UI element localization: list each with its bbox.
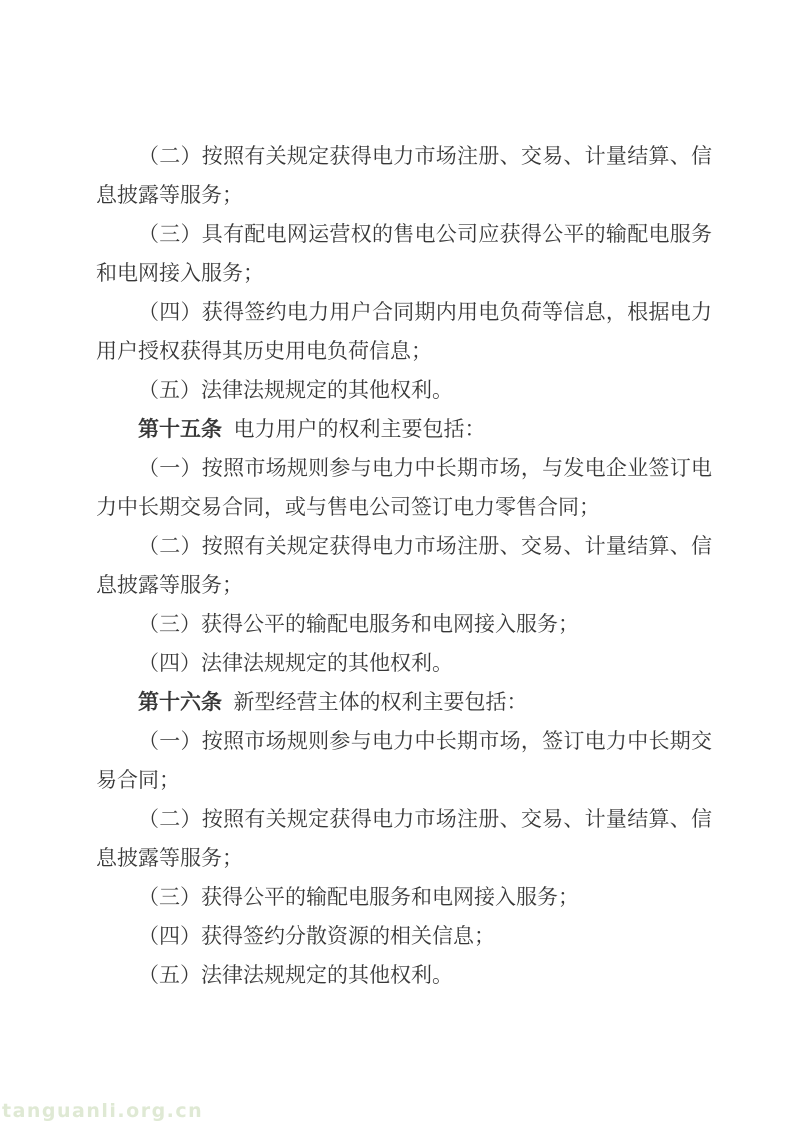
paragraph-text: （五）法律法规规定的其他权利。 — [138, 378, 453, 402]
paragraph-clause-1: （一）按照市场规则参与电力中长期市场，签订电力中长期交易合同； — [96, 722, 712, 800]
paragraph-text: 电力用户的权利主要包括： — [234, 417, 486, 441]
paragraph-text: （一）按照市场规则参与电力中长期市场，与发电企业签订电力中长期交易合同，或与售电… — [96, 456, 712, 519]
paragraph-clause-4: （四）获得签约分散资源的相关信息； — [96, 917, 712, 956]
paragraph-text: （三）具有配电网运营权的售电公司应获得公平的输配电服务和电网接入服务； — [96, 222, 712, 285]
paragraph-clause-2: （二）按照有关规定获得电力市场注册、交易、计量结算、信息披露等服务； — [96, 800, 712, 878]
document-page: （二）按照有关规定获得电力市场注册、交易、计量结算、信息披露等服务； （三）具有… — [0, 0, 794, 1123]
paragraph-clause-4: （四）法律法规规定的其他权利。 — [96, 644, 712, 683]
paragraph-clause-3: （三）获得公平的输配电服务和电网接入服务； — [96, 878, 712, 917]
paragraph-clause-1: （一）按照市场规则参与电力中长期市场，与发电企业签订电力中长期交易合同，或与售电… — [96, 449, 712, 527]
paragraph-text: （二）按照有关规定获得电力市场注册、交易、计量结算、信息披露等服务； — [96, 807, 712, 870]
paragraph-clause-3: （三）获得公平的输配电服务和电网接入服务； — [96, 605, 712, 644]
paragraph-clause-2: （二）按照有关规定获得电力市场注册、交易、计量结算、信息披露等服务； — [96, 137, 712, 215]
paragraph-article-16: 第十六条新型经营主体的权利主要包括： — [96, 683, 712, 722]
paragraph-text: （四）获得签约电力用户合同期内用电负荷等信息，根据电力用户授权获得其历史用电负荷… — [96, 300, 712, 363]
paragraph-clause-3: （三）具有配电网运营权的售电公司应获得公平的输配电服务和电网接入服务； — [96, 215, 712, 293]
article-number: 第十五条 — [138, 417, 222, 441]
paragraph-text: 新型经营主体的权利主要包括： — [234, 690, 528, 714]
article-number: 第十六条 — [138, 690, 222, 714]
paragraph-text: （三）获得公平的输配电服务和电网接入服务； — [138, 885, 579, 909]
paragraph-text: （四）法律法规规定的其他权利。 — [138, 651, 453, 675]
watermark-text: tanguanli.org.cn — [2, 1102, 203, 1121]
paragraph-clause-2: （二）按照有关规定获得电力市场注册、交易、计量结算、信息披露等服务； — [96, 527, 712, 605]
paragraph-text: （二）按照有关规定获得电力市场注册、交易、计量结算、信息披露等服务； — [96, 534, 712, 597]
paragraph-article-15: 第十五条电力用户的权利主要包括： — [96, 410, 712, 449]
paragraph-text: （一）按照市场规则参与电力中长期市场，签订电力中长期交易合同； — [96, 729, 712, 792]
paragraph-text: （五）法律法规规定的其他权利。 — [138, 963, 453, 987]
document-body: （二）按照有关规定获得电力市场注册、交易、计量结算、信息披露等服务； （三）具有… — [96, 137, 712, 995]
paragraph-clause-5: （五）法律法规规定的其他权利。 — [96, 371, 712, 410]
paragraph-text: （三）获得公平的输配电服务和电网接入服务； — [138, 612, 579, 636]
paragraph-text: （二）按照有关规定获得电力市场注册、交易、计量结算、信息披露等服务； — [96, 144, 712, 207]
paragraph-clause-5: （五）法律法规规定的其他权利。 — [96, 956, 712, 995]
paragraph-clause-4: （四）获得签约电力用户合同期内用电负荷等信息，根据电力用户授权获得其历史用电负荷… — [96, 293, 712, 371]
paragraph-text: （四）获得签约分散资源的相关信息； — [138, 924, 495, 948]
